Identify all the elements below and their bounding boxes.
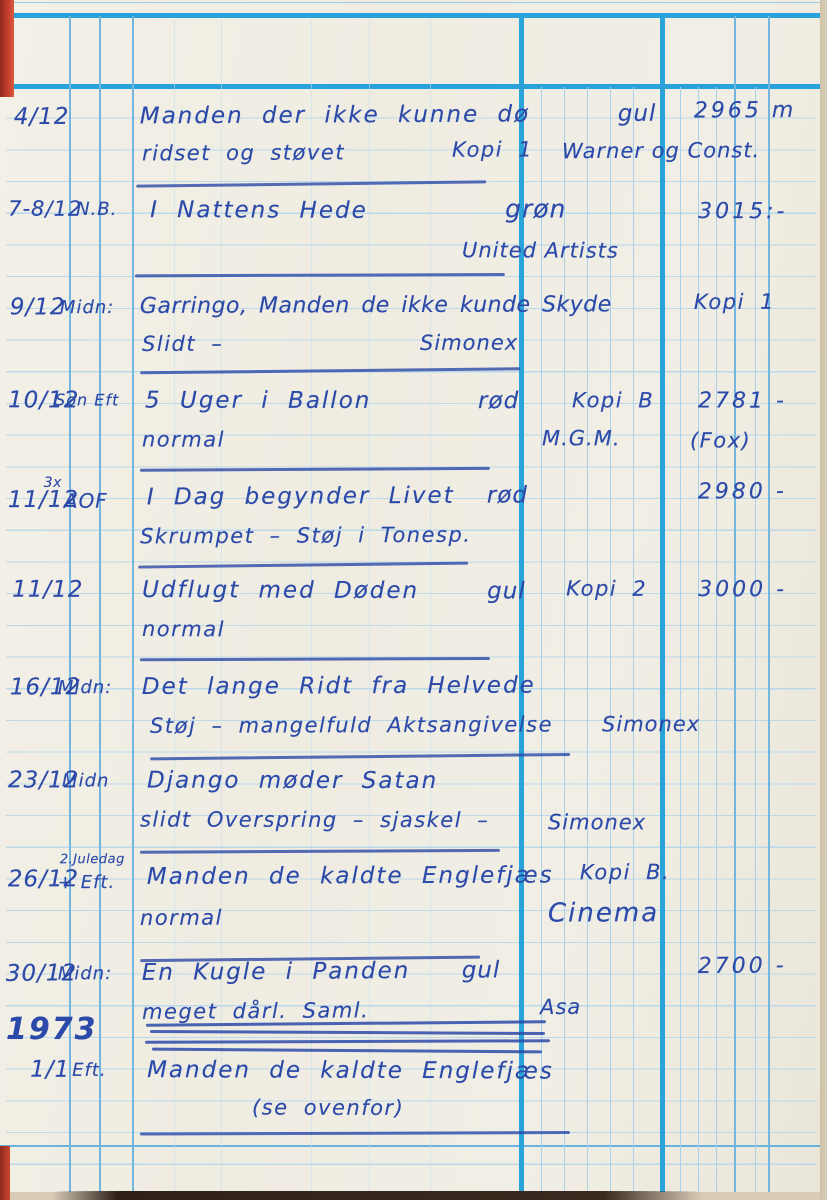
entry-underline [140,367,520,374]
entry-day-label: Søn Eft [55,390,119,409]
censor-color-note: rød [487,482,528,508]
distributor-note: Warner og Const. [562,138,760,163]
red-spine [0,0,14,97]
censor-color-note: gul [462,957,501,983]
ledger-entry: 4/12 Manden der ikke kunne dø gul 2965 m… [0,98,822,197]
entry-underline [140,1131,570,1136]
condition-note: ridset og støvet [142,140,345,165]
red-spine [0,1146,10,1200]
see-above-note: (se ovenfor) [252,1095,404,1120]
condition-note: Skrumpet – Støj i Tonesp. [140,523,472,549]
bottom-shadow [52,1191,702,1200]
copy-note: Kopi 1 [694,290,775,314]
distributor-note: Simonex [602,712,700,736]
censor-color-note: rød [478,388,519,414]
ledger-entry: 7-8/12 N.B. I Nattens Hede grøn 3015:- U… [0,195,822,293]
copy-note: Kopi B. [580,860,670,884]
year-heading: 1973 [6,1012,98,1047]
film-title: Manden de kaldte Englefjæs [147,863,554,890]
entry-underline [140,657,490,661]
condition-note: normal [142,428,225,452]
entry-underline [135,273,505,277]
condition-note: meget dårl. Saml. [142,998,369,1024]
ledger-entry: 11/12 Udflugt med Døden gul Kopi 2 3000 … [0,575,822,673]
film-title: Manden de kaldte Englefjæs [147,1057,554,1084]
ledger-entry: 11/12 3x AOF I Dag begynder Livet rød 29… [0,479,822,578]
condition-note: normal [142,617,225,641]
copy-note: Kopi 1 [452,137,533,161]
distributor-note: Simonex [548,810,646,834]
entry-date: 7-8/12 [8,197,82,221]
copy-note: Kopi 2 [566,577,647,601]
entry-underline [150,753,570,760]
entry-date: 4/12 [14,104,70,130]
entry-day-label: AOF [64,489,108,513]
film-title: En Kugle i Panden [142,958,411,986]
entry-underline [138,562,468,569]
ledger-entry: 16/12 Midn: Det lange Ridt fra Helvede S… [0,670,822,768]
entry-date: 1/1 [30,1057,70,1083]
scanned-ledger-page: 4/12 Manden der ikke kunne dø gul 2965 m… [0,0,827,1200]
entry-day-label: + Eft. [58,872,115,893]
entry-underline [136,180,486,187]
paper-edge [820,0,827,1200]
distributor-note: M.G.M. [542,426,621,450]
entry-date: 11/12 [12,577,83,603]
copy-note: Kopi B [572,388,654,412]
ledger-entry: 1/1 Eft. Manden de kaldte Englefjæs (se … [0,1055,822,1153]
amount-note: 2980 - [698,479,787,504]
header-rule [0,13,822,18]
film-title: 5 Uger i Ballon [145,388,371,414]
holiday-note: 2.Juledag [60,852,125,867]
ledger-entry: 23/12 Midn Django møder Satan slidt Over… [0,765,822,861]
distributor-note: United Artists [462,238,619,263]
entry-underline [140,467,490,472]
entry-underline [140,849,500,854]
film-title: I Dag begynder Livet [147,483,455,511]
distributor-extra-note: (Fox) [690,428,751,452]
entry-date: 9/12 [10,294,66,320]
amount-note: 3015:- [698,199,787,224]
amount-note: 3000 - [698,577,787,602]
film-title: Django møder Satan [147,768,438,795]
amount-note: 2781 - [698,389,787,414]
showings-count-note: 3x [44,475,62,491]
entry-day-label: N.B. [76,199,117,220]
amount-note: 2700 - [698,953,787,979]
film-title: Det lange Ridt fra Helvede [142,673,536,700]
censor-color-note: grøn [505,194,566,223]
distributor-note: Asa [540,995,581,1019]
film-title: Manden der ikke kunne dø [140,101,530,129]
condition-note: Slidt – [142,332,223,356]
censor-color-note: gul [487,578,526,604]
ledger-entry: 9/12 Midn: Garringo, Manden de ikke kund… [0,290,822,388]
entry-day-label: Midn: [58,963,113,984]
film-title: I Nattens Hede [150,197,368,224]
distributor-note: Simonex [420,331,518,355]
condition-note: slidt Overspring – sjaskel – [140,808,489,833]
censor-color-note: gul [618,101,657,127]
entry-day-label: Eft. [72,1060,107,1081]
ledger-entry: 10/12 Søn Eft 5 Uger i Ballon rød Kopi B… [0,385,822,481]
entry-day-label: Midn [62,770,109,791]
condition-note: normal [140,906,223,930]
entry-day-label: Midn: [60,297,115,318]
condition-note: Støj – mangelfuld Aktsangivelse [150,713,553,738]
entry-day-label: Midn: [58,677,113,698]
distributor-note: Cinema [548,898,659,928]
film-title: Garringo, Manden de ikke kunde Skyde [140,292,612,319]
film-title: Udflugt med Døden [142,577,419,604]
film-length-note: 2965 m [694,98,797,124]
header-rule [0,2,822,3]
ledger-entry: 30/12 Midn: En Kugle i Panden gul 2700 -… [0,953,822,1054]
